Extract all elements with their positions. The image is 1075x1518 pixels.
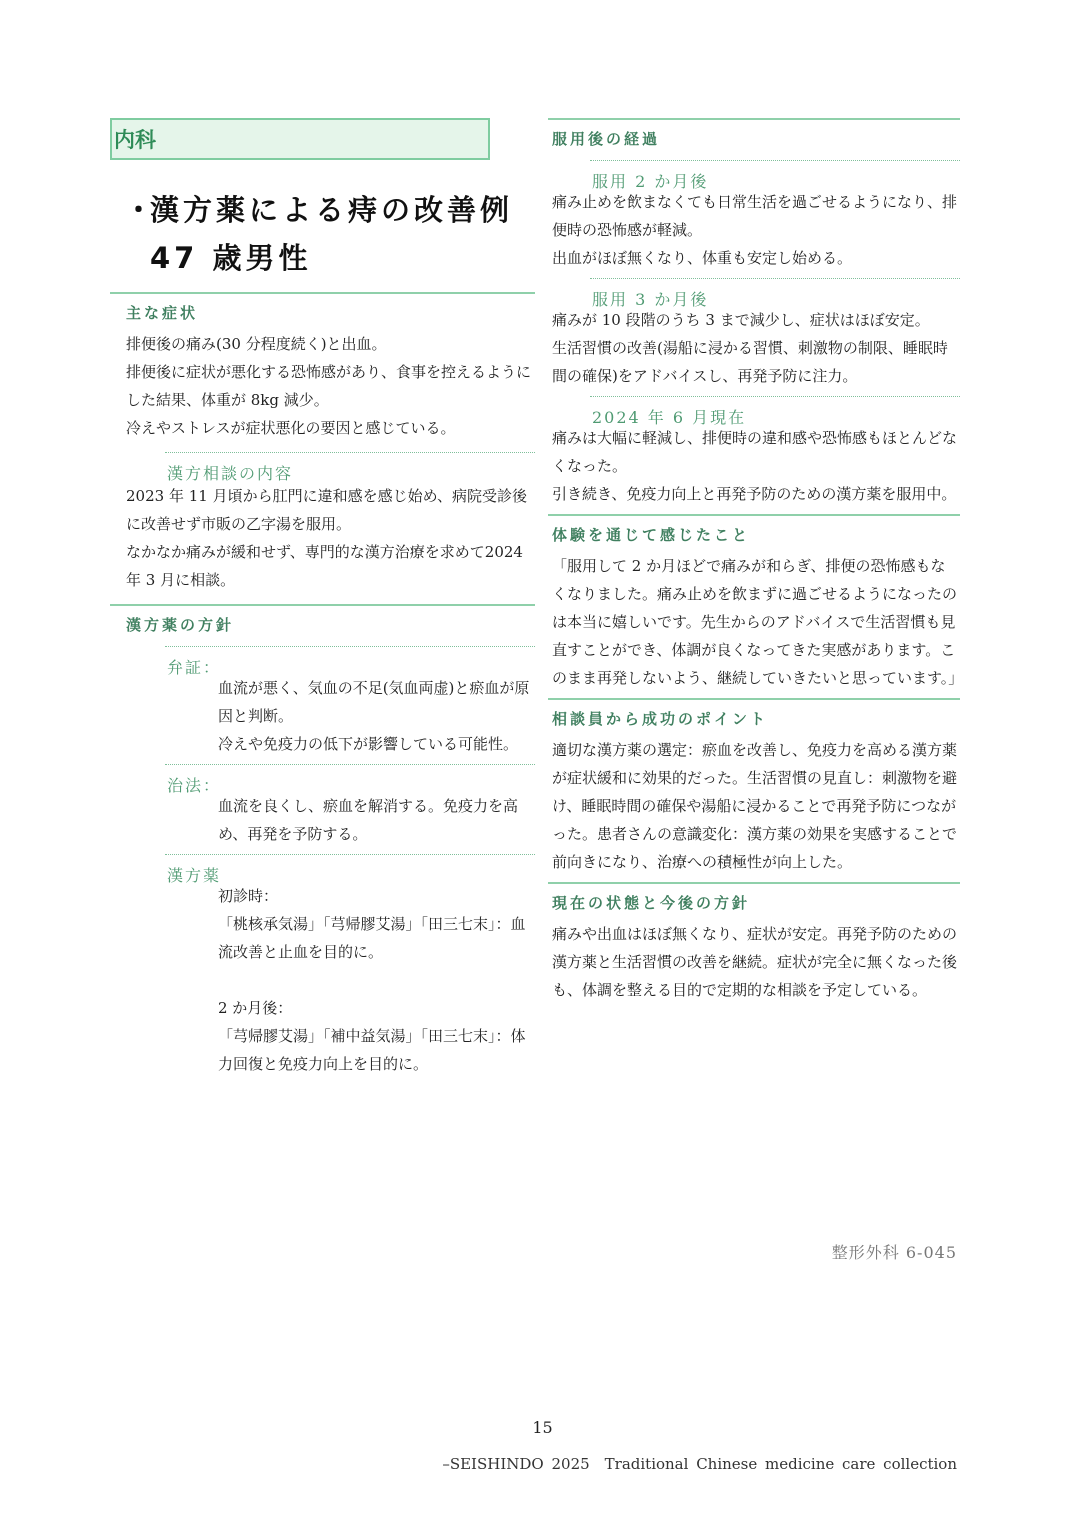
symptoms-text: 排便後の痛み(30 分程度続く)と出血。 排便後に症状が悪化する恐怖感があり、食…	[110, 326, 535, 452]
footer-text: –SEISHINDO 2025 Traditional Chinese medi…	[442, 1453, 957, 1474]
month2-text: 痛み止めを飲まなくても日常生活を過ごせるようになり、排便時の恐怖感が軽減。 出血…	[548, 188, 960, 278]
consultation-heading: 漢方相談の内容	[165, 452, 535, 486]
right-column: 服用後の経過 服用 2 か月後 痛み止めを飲まなくても日常生活を過ごせるようにな…	[548, 118, 960, 1004]
experience-section: 体験を通じて感じたこと 「服用して 2 か月ほどで痛みが和らぎ、排便の恐怖感もな…	[548, 514, 960, 698]
points-section: 相談員から成功のポイント 適切な漢方薬の選定：瘀血を改善し、免疫力を高める漢方薬…	[548, 698, 960, 882]
department-label: 内科	[110, 118, 490, 160]
symptoms-section: 主な症状 排便後の痛み(30 分程度続く)と出血。 排便後に症状が悪化する恐怖感…	[110, 292, 535, 452]
future-heading: 現在の状態と今後の方針	[548, 882, 960, 916]
case-title-line2: 47 歳男性	[124, 234, 535, 282]
consultation-section: 漢方相談の内容 2023 年 11 月頃から肛門に違和感を感じ始め、病院受診後に…	[110, 452, 535, 604]
points-heading: 相談員から成功のポイント	[548, 698, 960, 732]
future-section: 現在の状態と今後の方針 痛みや出血はほぼ無くなり、症状が安定。再発予防のための漢…	[548, 882, 960, 1004]
document-page: 内科 ・漢方薬による痔の改善例 47 歳男性 主な症状 排便後の痛み(30 分程…	[0, 0, 1075, 1518]
month3-text: 痛みが 10 段階のうち 3 まで減少し、症状はほぼ安定。 生活習慣の改善(湯船…	[548, 306, 960, 396]
current-text: 痛みは大幅に軽減し、排便時の違和感や恐怖感もほとんどなくなった。 引き続き、免疫…	[548, 424, 960, 514]
chiho-text: 血流を良くし、瘀血を解消する。免疫力を高め、再発を予防する。	[110, 792, 535, 854]
case-title-line1: 漢方薬による痔の改善例	[150, 193, 513, 227]
points-text: 適切な漢方薬の選定：瘀血を改善し、免疫力を高める漢方薬が症状緩和に効果的だった。…	[548, 732, 960, 882]
kampo-text: 初診時： 「桃核承気湯」「芎帰膠艾湯」「田三七末」：血流改善と止血を目的に。 2…	[110, 882, 535, 1084]
policy-heading: 漢方薬の方針	[110, 604, 535, 638]
progress-section: 服用後の経過 服用 2 か月後 痛み止めを飲まなくても日常生活を過ごせるようにな…	[548, 118, 960, 514]
policy-section: 漢方薬の方針 弁証： 血流が悪く、気血の不足(気血両虚)と瘀血が原因と判断。 冷…	[110, 604, 535, 1084]
case-title: ・漢方薬による痔の改善例 47 歳男性	[110, 186, 535, 282]
consultation-text: 2023 年 11 月頃から肛門に違和感を感じ始め、病院受診後に改善せず市販の乙…	[110, 482, 535, 604]
reference-code: 整形外科 6-045	[832, 1240, 957, 1263]
progress-heading: 服用後の経過	[548, 118, 960, 152]
experience-text: 「服用して 2 か月ほどで痛みが和らぎ、排便の恐怖感もなくなりました。痛み止めを…	[548, 548, 960, 698]
left-column: 内科 ・漢方薬による痔の改善例 47 歳男性 主な症状 排便後の痛み(30 分程…	[110, 118, 535, 1084]
future-text: 痛みや出血はほぼ無くなり、症状が安定。再発予防のための漢方薬と生活習慣の改善を継…	[548, 916, 960, 1004]
page-number: 15	[0, 1418, 1075, 1437]
bensho-text: 血流が悪く、気血の不足(気血両虚)と瘀血が原因と判断。 冷えや免疫力の低下が影響…	[110, 674, 535, 764]
experience-heading: 体験を通じて感じたこと	[548, 514, 960, 548]
symptoms-heading: 主な症状	[110, 292, 535, 326]
bullet-icon: ・	[124, 186, 150, 234]
